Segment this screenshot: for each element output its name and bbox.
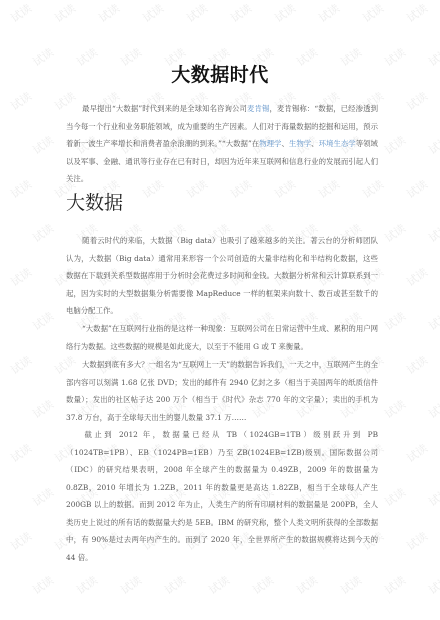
section-paragraph-4: 截止到 2012 年，数据量已经从 TB（1024GB=1TB）级别跃升到 PB… bbox=[66, 426, 378, 566]
link-mckinsey[interactable]: 麦肯锡 bbox=[247, 104, 269, 113]
intro-seg-0: 最早提出“大数据”时代到来的是全球知名咨询公司 bbox=[82, 104, 247, 113]
paragraph-text: 大数据到底有多大？一组名为“互联网上一天”的数据告诉我们，一天之中，互联网产生的… bbox=[66, 360, 378, 422]
paragraph-text: “大数据”在互联网行业指的是这样一种现象：互联网公司在日常运营中生成、累积的用户… bbox=[66, 324, 378, 351]
link-ecology[interactable]: 环境生态学 bbox=[319, 139, 356, 148]
section-heading: 大数据 bbox=[66, 188, 123, 215]
paragraph-text: 截止到 2012 年，数据量已经从 TB（1024GB=1TB）级别跃升到 PB… bbox=[66, 430, 378, 562]
section-paragraph-3: 大数据到底有多大？一组名为“互联网上一天”的数据告诉我们，一天之中，互联网产生的… bbox=[66, 356, 378, 426]
link-physics[interactable]: 物理学 bbox=[259, 139, 281, 148]
intro-paragraph: 最早提出“大数据”时代到来的是全球知名咨询公司麦肯锡，麦肯锡称：“数据，已经渗透… bbox=[66, 100, 378, 188]
section-paragraph-2: “大数据”在互联网行业指的是这样一种现象：互联网公司在日常运营中生成、累积的用户… bbox=[66, 320, 378, 355]
link-biology[interactable]: 生物学 bbox=[289, 139, 311, 148]
intro-seg-6: 、 bbox=[311, 139, 318, 148]
paragraph-text: 随着云时代的来临，大数据（Big data）也吸引了越来越多的关注。著云台的分析… bbox=[66, 236, 378, 315]
document-title: 大数据时代 bbox=[0, 60, 440, 87]
document-page: 大数据时代 最早提出“大数据”时代到来的是全球知名咨询公司麦肯锡，麦肯锡称：“数… bbox=[0, 0, 440, 620]
intro-seg-4: 、 bbox=[281, 139, 288, 148]
section-paragraph-1: 随着云时代的来临，大数据（Big data）也吸引了越来越多的关注。著云台的分析… bbox=[66, 232, 378, 320]
